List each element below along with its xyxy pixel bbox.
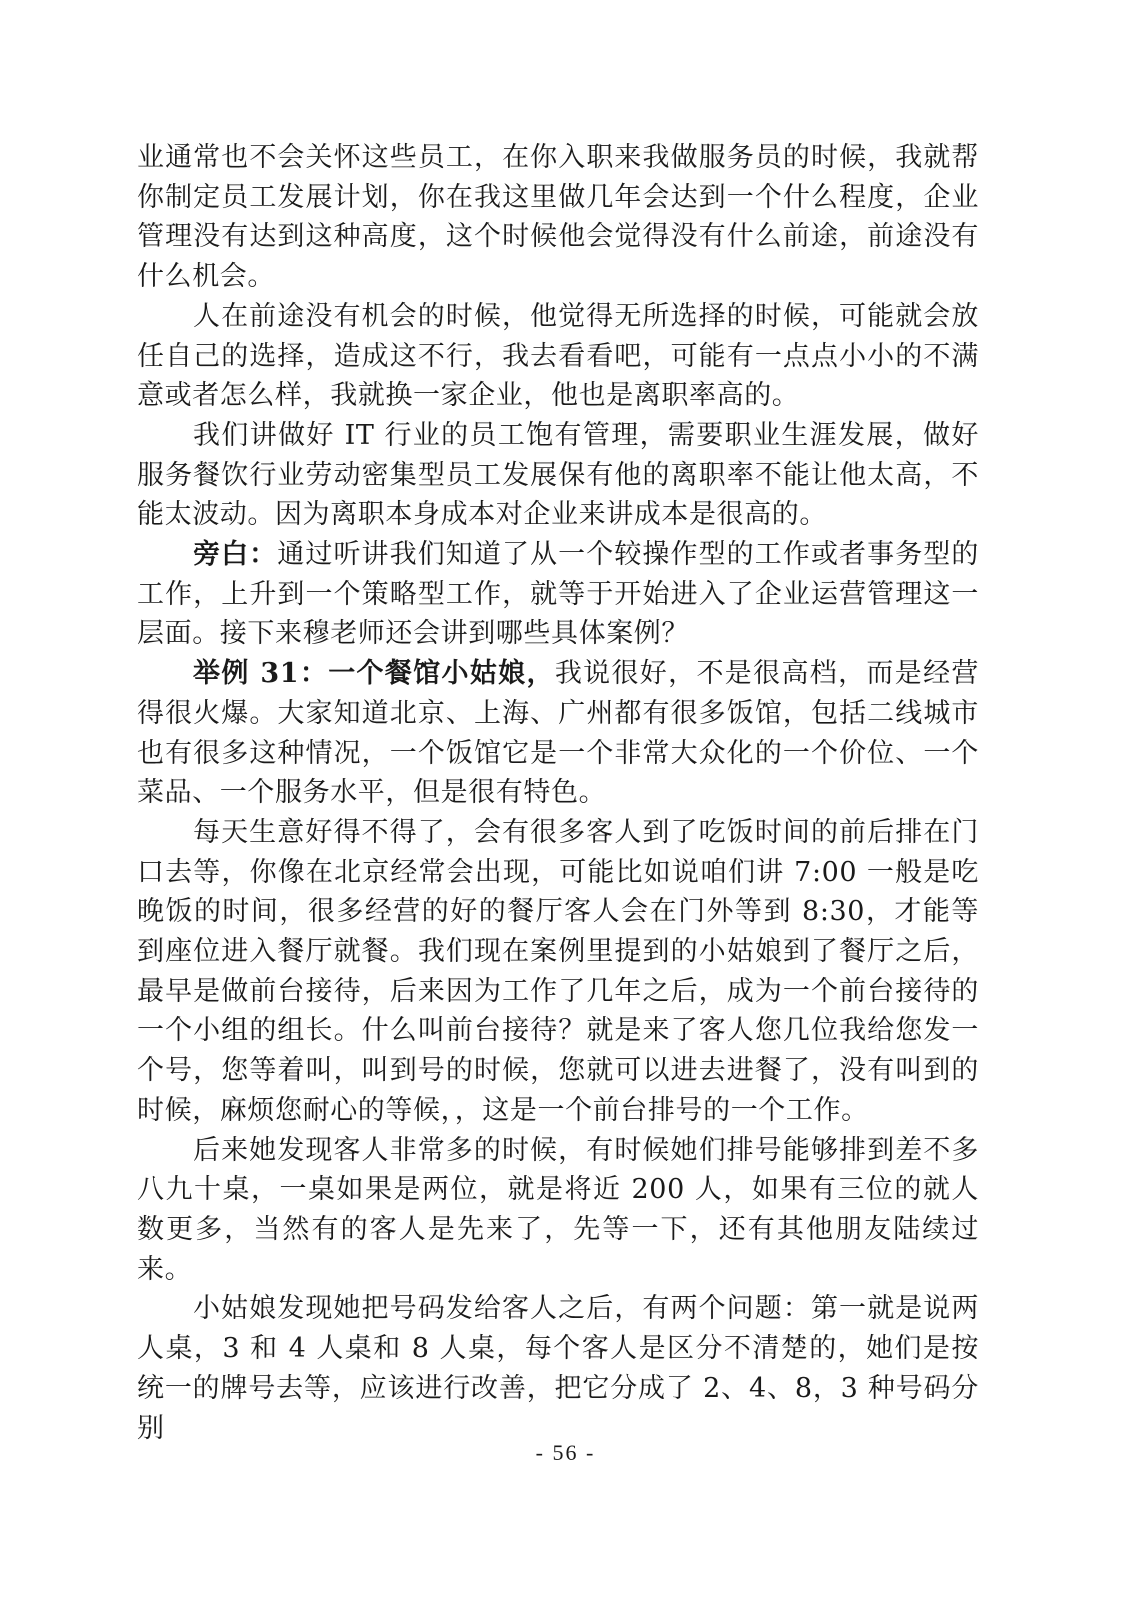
paragraph-7-text: 后来她发现客人非常多的时候，有时候她们排号能够排到差不多八九十桌，一桌如果是两位… bbox=[137, 1135, 979, 1285]
paragraph-2-text: 人在前途没有机会的时候，他觉得无所选择的时候，可能就会放任自己的选择，造成这不行… bbox=[137, 301, 979, 411]
paragraph-8-text: 小姑娘发现她把号码发给客人之后，有两个问题：第一就是说两人桌，3 和 4 人桌和… bbox=[137, 1293, 979, 1443]
paragraph-1-text: 业通常也不会关怀这些员工，在你入职来我做服务员的时候，我就帮你制定员工发展计划，… bbox=[137, 142, 979, 292]
example-heading: 举例 31：一个餐馆小姑娘， bbox=[193, 658, 555, 689]
paragraph-3: 我们讲做好 IT 行业的员工饱有管理，需要职业生涯发展，做好服务餐饮行业劳动密集… bbox=[137, 416, 979, 535]
paragraph-1: 业通常也不会关怀这些员工，在你入职来我做服务员的时候，我就帮你制定员工发展计划，… bbox=[137, 138, 979, 297]
paragraph-8: 小姑娘发现她把号码发给客人之后，有两个问题：第一就是说两人桌，3 和 4 人桌和… bbox=[137, 1289, 979, 1448]
paragraph-2: 人在前途没有机会的时候，他觉得无所选择的时候，可能就会放任自己的选择，造成这不行… bbox=[137, 297, 979, 416]
narration-label: 旁白： bbox=[193, 539, 277, 570]
paragraph-narration: 旁白：通过听讲我们知道了从一个较操作型的工作或者事务型的工作，上升到一个策略型工… bbox=[137, 535, 979, 654]
paragraph-7: 后来她发现客人非常多的时候，有时候她们排号能够排到差不多八九十桌，一桌如果是两位… bbox=[137, 1131, 979, 1290]
page-number: - 56 - bbox=[0, 1440, 1131, 1466]
paragraph-example-31: 举例 31：一个餐馆小姑娘，我说很好，不是很高档，而是经营得很火爆。大家知道北京… bbox=[137, 654, 979, 813]
paragraph-6: 每天生意好得不得了，会有很多客人到了吃饭时间的前后排在门口去等，你像在北京经常会… bbox=[137, 813, 979, 1131]
paragraph-3-text: 我们讲做好 IT 行业的员工饱有管理，需要职业生涯发展，做好服务餐饮行业劳动密集… bbox=[137, 420, 979, 530]
paragraph-6-text: 每天生意好得不得了，会有很多客人到了吃饭时间的前后排在门口去等，你像在北京经常会… bbox=[137, 817, 979, 1126]
document-page: 业通常也不会关怀这些员工，在你入职来我做服务员的时候，我就帮你制定员工发展计划，… bbox=[137, 138, 979, 1448]
